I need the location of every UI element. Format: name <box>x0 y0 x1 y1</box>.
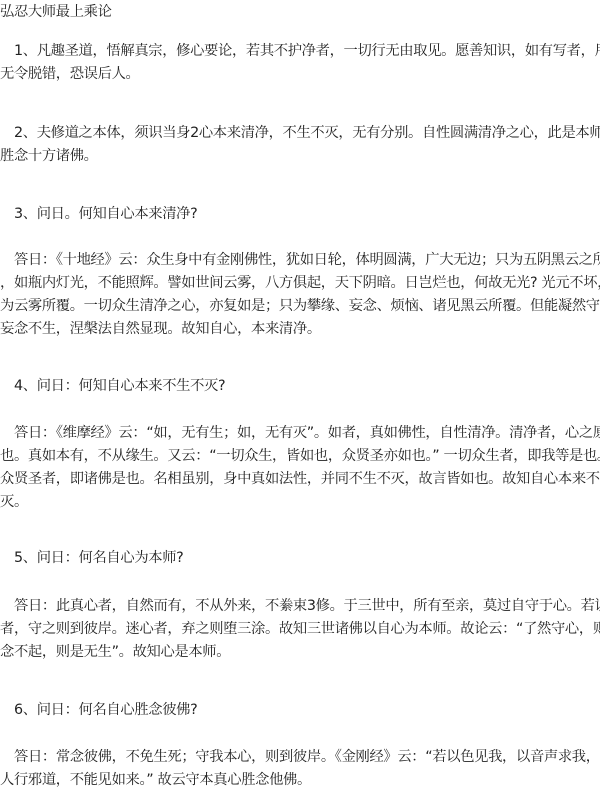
paragraph-line: 念不起，则是无生”。故知心是本师。 <box>0 640 600 664</box>
paragraph-line: 答日：《十地经》云：众生身中有金刚佛性，犹如日轮，体明圆满，广大无边；只为五阴黑… <box>0 248 600 272</box>
document-title: 弘忍大师最上乘论 <box>0 0 600 24</box>
paragraph-line: 答日：《维摩经》云：“如，无有生；如，无有灭”。如者，真如佛性，自性清净。清净者… <box>0 421 600 445</box>
paragraph-line: 答日：常念彼佛，不免生死；守我本心，则到彼岸。《金刚经》云：“若以色见我，以音声… <box>0 745 600 769</box>
paragraph-line: 1、凡趣圣道，悟解真宗，修心要论，若其不护净者，一切行无由取见。愿善知识，如有写… <box>0 39 600 63</box>
paragraph-line: 2、夫修道之本体，须识当身2心本来清净，不生不灭，无有分别。自性圆满清净之心，此… <box>0 121 600 145</box>
paragraph-line: 者，守之则到彼岸。迷心者，弃之则堕三涂。故知三世诸佛以自心为本师。故论云：“了然… <box>0 617 600 641</box>
paragraph-line: 众贤圣者，即诸佛是也。名相虽别，身中真如法性，并同不生不灭，故言皆如也。故知自心… <box>0 467 600 491</box>
question-line: 6、问日：何名自心胜念彼佛? <box>0 698 600 722</box>
question-line: 4、问日：何知自心本来不生不灭? <box>0 374 600 398</box>
question-line: 3、问日。何知自心本来清净? <box>0 202 600 226</box>
paragraph-line: 灭。 <box>0 490 600 514</box>
paragraph-line: ，如瓶内灯光，不能照辉。譬如世间云雾，八方俱起，天下阴暗。日岂烂也，何故无光? … <box>0 271 600 295</box>
paragraph-line: 也。真如本有，不从缘生。又云：“一切众生，皆如也，众贤圣亦如也。” 一切众生者，… <box>0 444 600 468</box>
paragraph-line: 答日：此真心者，自然而有，不从外来，不絭束3修。于三世中，所有至亲，莫过自守于心… <box>0 594 600 618</box>
document-page: 弘忍大师最上乘论 1、凡趣圣道，悟解真宗，修心要论，若其不护净者，一切行无由取见… <box>0 0 600 800</box>
paragraph-line: 无令脱错，恐误后人。 <box>0 62 600 86</box>
question-line: 5、问日：何名自心为本师? <box>0 546 600 570</box>
paragraph-line: 妄念不生，涅槃法自然显现。故知自心，本来清净。 <box>0 317 600 341</box>
paragraph-line: 人行邪道，不能见如来。” 故云守本真心胜念他佛。 <box>0 768 600 792</box>
paragraph-line: 为云雾所覆。一切众生清净之心，亦复如是；只为攀缘、妄念、烦恼、诸见黑云所覆。但能… <box>0 294 600 318</box>
paragraph-line: 胜念十方诸佛。 <box>0 144 600 168</box>
